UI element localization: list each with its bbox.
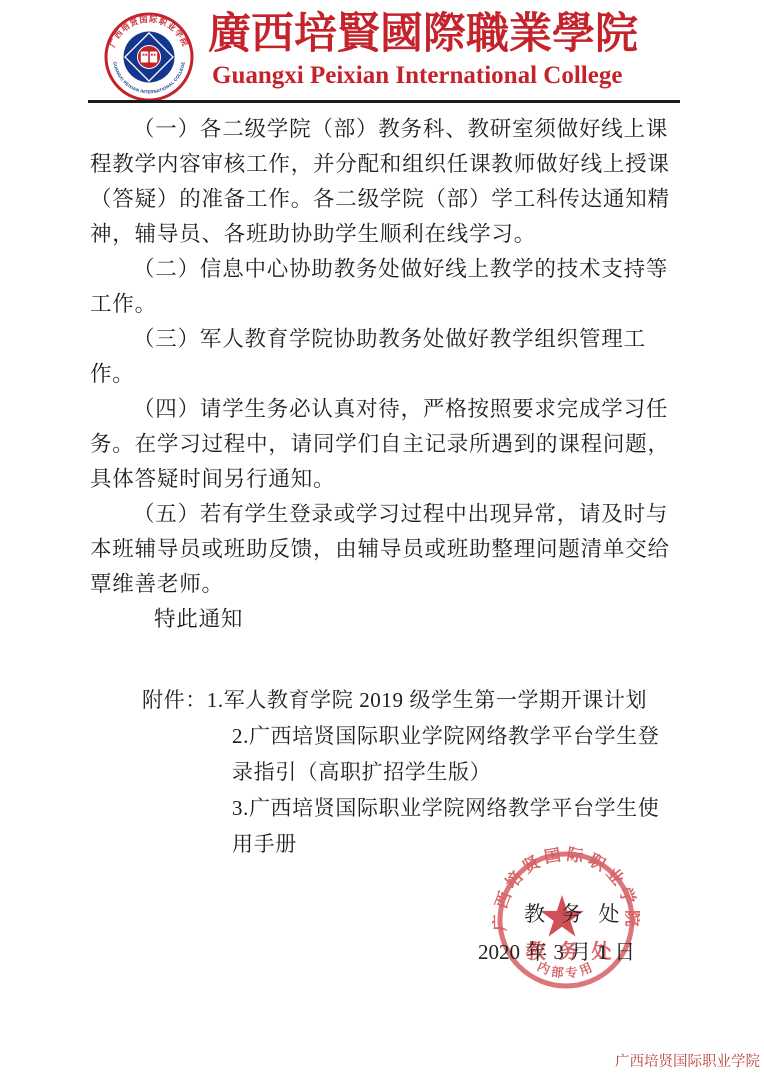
body-line: 神，辅导员、各班助协助学生顺利在线学习。 <box>90 217 678 252</box>
header-divider <box>88 100 680 103</box>
body-line: 作。 <box>90 357 678 392</box>
body-line: （三）军人教育学院协助教务处做好教学组织管理工 <box>90 322 678 357</box>
college-name-cn: 廣西培賢國際職業學院 <box>208 8 653 62</box>
college-name-en: Guangxi Peixian International College <box>212 61 657 91</box>
body-line: （二）信息中心协助教务处做好线上教学的技术支持等 <box>90 252 678 287</box>
issue-date: 2020 年 3 月 1 日 <box>478 940 635 964</box>
notice-body: （一）各二级学院（部）教务科、教研室须做好线上课 程教学内容审核工作，并分配和组… <box>90 112 678 637</box>
attachment-line: 3.广西培贤国际职业学院网络教学平台学生使 <box>232 790 672 826</box>
attachment-line: 1.军人教育学院 2019 级学生第一学期开课计划 <box>207 682 647 718</box>
body-line: （答疑）的准备工作。各二级学院（部）学工科传达通知精 <box>90 182 678 217</box>
body-line: 覃维善老师。 <box>90 567 678 602</box>
body-line: （五）若有学生登录或学习过程中出现异常，请及时与 <box>90 497 678 532</box>
college-emblem-icon: 广西培贤国际职业学院 GUANGXI PEIXIAN INTERNATIONAL… <box>103 11 195 103</box>
attachment-line: 录指引（高职扩招学生版） <box>232 754 672 790</box>
footer-college-name: 广西培贤国际职业学院 <box>615 1050 760 1071</box>
body-line: 务。在学习过程中，请同学们自主记录所遇到的课程问题， <box>90 427 678 462</box>
body-line: 本班辅导员或班助反馈，由辅导员或班助整理问题清单交给 <box>90 532 678 567</box>
attachments-label: 附件： <box>142 682 207 718</box>
body-line: 程教学内容审核工作，并分配和组织任课教师做好线上授课 <box>90 147 678 182</box>
body-line: 具体答疑时间另行通知。 <box>90 462 678 497</box>
attachment-line: 2.广西培贤国际职业学院网络教学平台学生登 <box>232 718 672 754</box>
body-line: 工作。 <box>90 287 678 322</box>
notice-document: 广西培贤国际职业学院 GUANGXI PEIXIAN INTERNATIONAL… <box>0 0 764 1080</box>
signature-department: 教 务 处 <box>524 902 620 926</box>
body-line: （一）各二级学院（部）教务科、教研室须做好线上课 <box>90 112 678 147</box>
body-line: （四）请学生务必认真对待，严格按照要求完成学习任 <box>90 392 678 427</box>
closing-line: 特此通知 <box>154 602 678 637</box>
attachments-block: 附件： 1.军人教育学院 2019 级学生第一学期开课计划 2.广西培贤国际职业… <box>142 682 672 862</box>
